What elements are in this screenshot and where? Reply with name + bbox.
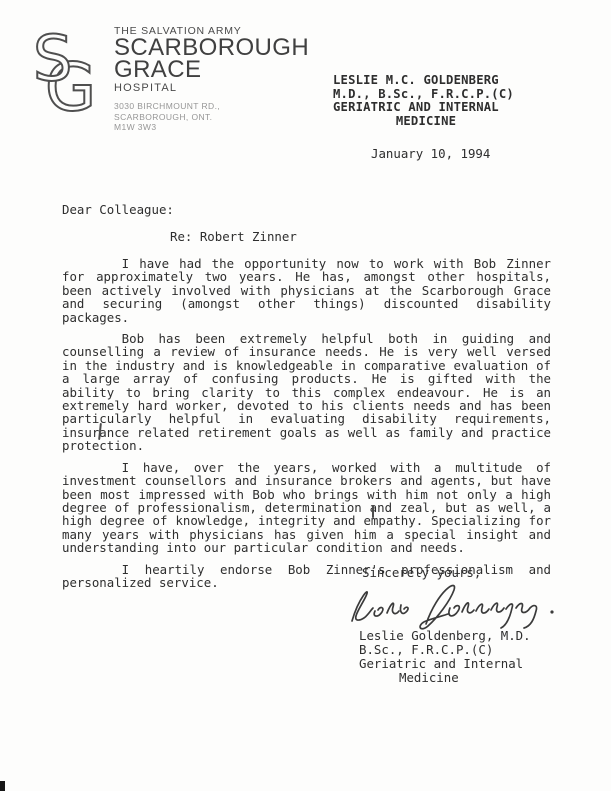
handwritten-signature (338, 577, 570, 633)
paragraph-2: Bob has been extremely helpful both in g… (62, 332, 551, 453)
doctor-name-block: LESLIE M.C. GOLDENBERG M.D., B.Sc., F.R.… (333, 74, 519, 128)
scan-corner-artifact (0, 781, 5, 791)
signer-specialty-1: Geriatric and Internal (359, 657, 531, 671)
typed-signature-block: Leslie Goldenberg, M.D. B.Sc., F.R.C.P.(… (359, 629, 531, 685)
signer-specialty-2: Medicine (359, 671, 531, 685)
signer-credentials: B.Sc., F.R.C.P.(C) (359, 643, 531, 657)
salvation-army-sg-logo-icon: G S (31, 22, 107, 118)
letter-body: I have had the opportunity now to work w… (62, 257, 551, 597)
paragraph-3: I have, over the years, worked with a mu… (62, 461, 551, 555)
letterhead-hospital-word: HOSPITAL (114, 82, 309, 94)
address-line-3: M1W 3W3 (114, 122, 309, 133)
letterhead-address: 3030 BIRCHMOUNT RD., SCARBOROUGH, ONT. M… (114, 101, 309, 133)
address-line-1: 3030 BIRCHMOUNT RD., (114, 101, 309, 112)
logo-letter-s: S (33, 22, 72, 95)
re-subject-line: Re: Robert Zinner (170, 229, 297, 244)
doctor-name: LESLIE M.C. GOLDENBERG (333, 74, 519, 88)
paragraph-1: I have had the opportunity now to work w… (62, 257, 551, 324)
pen-mark-end (372, 505, 374, 518)
letterhead: THE SALVATION ARMY SCARBOROUGH GRACE HOS… (114, 25, 309, 133)
letterhead-hospital-name-2: GRACE (114, 59, 309, 81)
address-line-2: SCARBOROUGH, ONT. (114, 112, 309, 123)
doctor-specialty-1: GERIATRIC AND INTERNAL (333, 101, 519, 115)
signer-name: Leslie Goldenberg, M.D. (359, 629, 531, 643)
doctor-credentials: M.D., B.Sc., F.R.C.P.(C) (333, 88, 519, 102)
doctor-specialty-2: MEDICINE (333, 115, 519, 129)
letter-page: G S THE SALVATION ARMY SCARBOROUGH GRACE… (0, 0, 611, 791)
salutation: Dear Colleague: (62, 202, 174, 217)
letter-date: January 10, 1994 (371, 146, 490, 161)
